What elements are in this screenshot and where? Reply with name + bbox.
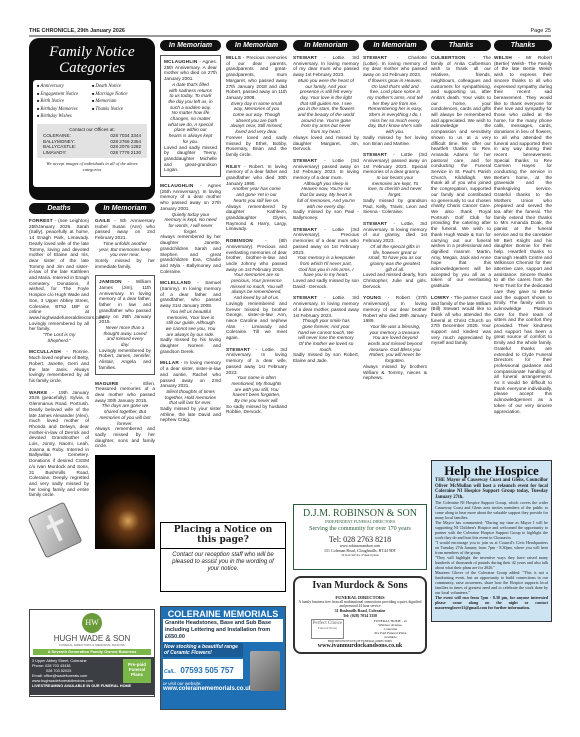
category-list: AnniversaryDeath Notice Engagement Notic… xyxy=(37,83,147,121)
notice-verse: Your memories are so precious, Your pres… xyxy=(226,272,287,301)
candle-image xyxy=(95,455,155,549)
notice-verse: Never more than a thought away. Loved an… xyxy=(99,325,151,348)
notice-verse: Silent thoughts of times together, Hold … xyxy=(160,389,221,406)
newspaper-title: THE CHRONICLE, 29th January 2026 xyxy=(29,28,125,34)
hw-banner: A Seventh Generation Family Owned Busine… xyxy=(33,649,151,655)
notice-entry: STEWART - Lottie. 3rd Anniversary. In lo… xyxy=(226,347,287,415)
family-notice-categories: Family NoticeCategories AnniversaryDeath… xyxy=(29,38,155,200)
hospice-title: Help the Hospice xyxy=(435,464,548,478)
in-memoriam-header: In Memoriam xyxy=(226,40,287,51)
notice-name: STEWART xyxy=(226,347,250,352)
in-memoriam-header: In Memoriam xyxy=(95,203,155,214)
notice-entry: YOUNG - Robert (37th Anniversary). In lo… xyxy=(363,295,427,381)
page-number: Page 25 xyxy=(531,28,552,34)
notice-name: STEWART xyxy=(293,55,317,60)
notice-entry: FORREST - (nee Leighton) 25thJanuary 202… xyxy=(29,218,89,343)
notice-verse: Another year has come and gone Yet in ou… xyxy=(226,186,287,203)
notice-entry: MCLAUGHLIN - Agnes (25th Anniversary). I… xyxy=(160,183,221,274)
hw-sub: FUNERAL DIRECTORS & MEMORIAL MASONS xyxy=(30,643,154,647)
notice-entry: STEWART - Lottie (3rd Anniversary). Prec… xyxy=(293,227,359,290)
notice-entry: WARKE - 19th January 2026 (peacefully). … xyxy=(29,390,89,498)
hw-name: HUGH WADE & SON xyxy=(30,634,154,643)
notice-entry: STEWART - Lottie (3rd Anniversary) passe… xyxy=(363,152,427,215)
notice-entry: STEWART - Lottie. 3rd Anniversary. In lo… xyxy=(293,55,359,152)
notice-name: MCCULLAGH xyxy=(29,349,61,354)
ivan-website-link[interactable]: www.ivanmurdockandsons.co.uk xyxy=(297,643,423,649)
notice-entry: RILEY - Robert. In loving memory of a de… xyxy=(226,164,287,232)
notice-name: MCLAUGHLIN xyxy=(164,59,198,64)
hw-prepaid: Pre-paid Funeral Plans xyxy=(123,659,151,683)
categories-title: Family NoticeCategories xyxy=(33,44,151,76)
in-memoriam-column-4: In Memoriam STEWART - Lottie. 3rd Annive… xyxy=(293,40,359,370)
headstone-icon xyxy=(250,651,280,691)
notice-verse: If flowers grow in Heaven, On land that'… xyxy=(363,78,427,135)
notice-name: MILLS xyxy=(226,55,241,60)
notice-entry: MILLAR - In loving memory of a dear sist… xyxy=(160,360,221,423)
notice-name: STEWART xyxy=(293,295,317,300)
notice-verse: Of all the special gifts in life, howeve… xyxy=(363,244,427,273)
notice-entry: CULBERTSON - The family of Anita Culbert… xyxy=(431,55,491,289)
deaths-column: Deaths FORREST - (nee Leighton) 25thJanu… xyxy=(29,203,89,559)
notice-entry: WELSH - Mr Robert (Bertie) Welsh- The Fa… xyxy=(494,55,552,414)
in-memoriam-column-5: In Memoriam STEWART - Charlotte (Lottie)… xyxy=(363,40,427,387)
notice-entry: JAMISON - William James (Jim), 11th Anni… xyxy=(95,275,155,374)
notice-verse: Your life was a blessing, your memory a … xyxy=(363,324,427,364)
contact-offices: Contact our Offices at: COLERAINE:028 70… xyxy=(37,124,147,159)
hugh-wade-advert: HW HUGH WADE & SON FUNERAL DIRECTORS & M… xyxy=(29,609,155,697)
notice-name: MCLAUGHLIN xyxy=(160,183,194,188)
ivan-murdock-advert: Ivan Murdock & Sons FUNERAL DIRECTORS A … xyxy=(293,576,427,654)
djm-robinson-advert: D.J.M. ROBINSON & SON INDEPENDENT FUNERA… xyxy=(293,504,427,570)
placing-title: Placing a Notice on this page? xyxy=(161,523,285,549)
hw-email-link[interactable]: office@wadefunerals.com xyxy=(44,674,88,678)
hw-logo-icon: HW xyxy=(82,613,102,633)
help-the-hospice-article: Help the Hospice THE Mayor of Causeway C… xyxy=(431,460,552,622)
notice-name: JAMISON xyxy=(99,279,122,284)
notice-verse: Mum you were the heart of our family, An… xyxy=(293,78,359,135)
notice-verse: In our hearts your memories are kept, To… xyxy=(363,175,427,198)
notice-entry: GAILE - 5th Anniversary Isobel Susan (An… xyxy=(95,218,155,269)
notice-entry: MCLELLAND - Samuel (Sammy). In loving me… xyxy=(160,280,221,354)
in-memoriam-header: In Memoriam xyxy=(293,40,359,51)
notice-name: WARKE xyxy=(29,390,47,395)
notice-verse: Although you sleep in Heaven now, You're… xyxy=(293,181,359,210)
notice-verse: Your memory is a keepsake from which I'l… xyxy=(293,255,359,278)
notice-verse: A date that's filled with sadness return… xyxy=(164,82,217,145)
in-memoriam-column-1: In Memoriam GAILE - 5th Anniversary Isob… xyxy=(95,203,155,549)
thanks-column-2: Thanks WELSH - Mr Robert (Bertie) Welsh-… xyxy=(494,40,552,420)
hospice-contact[interactable]: The event will run from 7pm - 8.30 pm, f… xyxy=(435,595,548,610)
notice-name: MCLELLAND xyxy=(160,280,191,285)
notice-verse: You left us beautiful memories, Your lov… xyxy=(160,309,221,338)
placing-notice-advert: Placing a Notice on this page? Contact o… xyxy=(160,522,286,592)
notice-verse: Though your smile has gone forever, And … xyxy=(293,318,359,352)
notice-entry: MILLS - Precious memories of our dear pa… xyxy=(226,55,287,158)
ivan-phone[interactable]: Tel: (028) 7034 3350 xyxy=(297,613,423,618)
memorials-phone[interactable]: 07593 505 757 xyxy=(180,666,233,675)
notice-name: STEWART xyxy=(293,227,317,232)
djm-phone[interactable]: Tel: 028 2763 8218 xyxy=(294,535,426,544)
in-memoriam-header: In Memoriam xyxy=(363,40,427,51)
notice-name: STEWART xyxy=(363,152,387,157)
coleraine-memorials-advert: COLERAINE MEMORIALS Granite Headstones, … xyxy=(160,606,286,710)
notice-name: YOUNG xyxy=(363,295,381,300)
notice-name: ROBINSON xyxy=(226,238,253,243)
notice-name: FORREST xyxy=(29,218,53,223)
notice-verse: The days are gone we shared together, Bu… xyxy=(95,403,155,426)
thanks-header: Thanks xyxy=(431,40,491,51)
notice-verse: Your name is often mentioned, My thought… xyxy=(226,375,287,404)
placing-body: Contact our reception staff who will be … xyxy=(161,549,285,576)
notice-entry: STEWART - Lottie (3rd Anniversary) passe… xyxy=(293,158,359,221)
notice-name: RILEY xyxy=(226,164,241,169)
notice-name: LOWRY xyxy=(431,295,449,300)
notice-entry: MAGUIRE - Ellen. Treasured memories of a… xyxy=(95,381,155,449)
notice-entry: LOWRY - The partner Carol and family of … xyxy=(431,295,491,346)
notice-name: MILLAR xyxy=(160,360,179,365)
notice-entry: MCCULLAGH - Ronnie. Much loved nephew of… xyxy=(29,349,89,383)
notice-name: STEWART xyxy=(363,55,387,60)
deaths-header: Deaths xyxy=(29,203,89,214)
notice-entry: STEWART - Charlotte (Lottie). In loving … xyxy=(363,55,427,146)
notice-verse: Every day in some small way, Memories of… xyxy=(226,101,287,135)
in-memoriam-column-3: In Memoriam MILLS - Precious memories of… xyxy=(226,40,287,421)
notice-name: WELSH xyxy=(494,55,512,60)
notice-name: STEWART xyxy=(293,158,317,163)
notice-entry: MCLAUGHLIN - Agnes. 25th Anniversary. A … xyxy=(160,55,221,177)
in-memoriam-column-2: In Memoriam MCLAUGHLIN - Agnes. 25th Ann… xyxy=(160,40,221,429)
in-memoriam-header: In Memoriam xyxy=(160,40,221,51)
images-note: We accept images of individuals in all o… xyxy=(37,161,147,172)
notice-entry: STEWART - Lottie, 3rd Anniversary. In lo… xyxy=(363,221,427,289)
notice-verse: Quietly today your memory is kept, No ne… xyxy=(160,212,221,235)
notice-name: MAGUIRE xyxy=(95,381,119,386)
thanks-column-1: Thanks CULBERTSON - The family of Anita … xyxy=(431,40,491,352)
notice-name: STEWART xyxy=(363,221,387,226)
notice-verse: "The Lord is my Shepherd." xyxy=(29,332,89,343)
notice-name: CULBERTSON xyxy=(431,55,466,60)
notice-name: GAILE xyxy=(95,218,110,223)
thanks-header: Thanks xyxy=(494,40,552,51)
header-rule xyxy=(29,35,551,37)
notice-verse: Time unfolds another year, But memories … xyxy=(95,241,155,258)
bible-icon xyxy=(29,504,84,559)
notice-entry: STEWART - Lottie. 3rd Anniversary. In lo… xyxy=(293,295,359,363)
notice-entry: ROBINSON - (8th Anniversary). Precious a… xyxy=(226,238,287,341)
